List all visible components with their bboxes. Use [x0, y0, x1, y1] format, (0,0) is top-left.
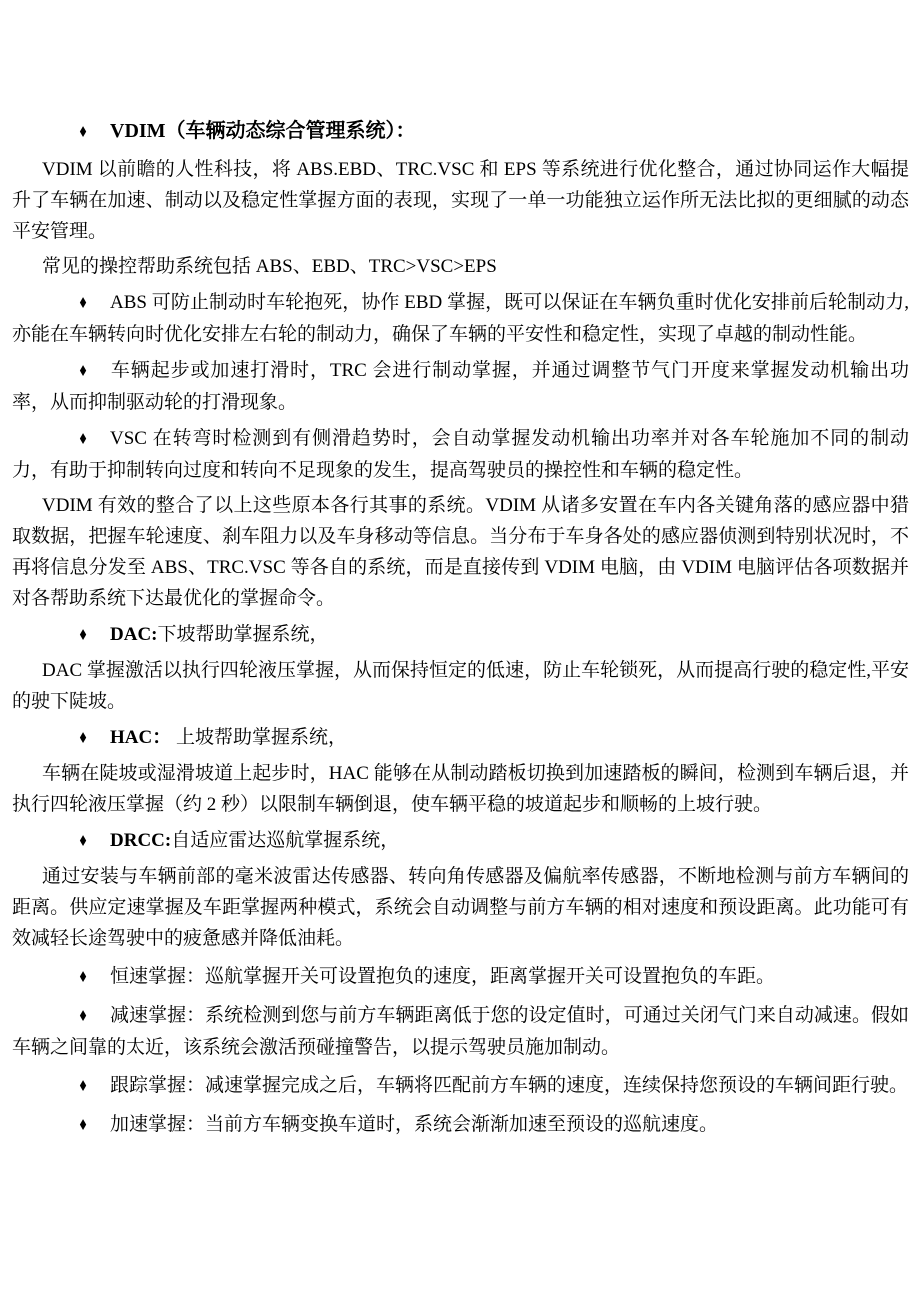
dac-heading-label: DAC: [110, 624, 158, 645]
diamond-bullet-icon: ♦ [78, 723, 86, 754]
paragraph-drcc: 通过安装与车辆前部的毫米波雷达传感器、转向角传感器及偏航率传感器，不断地检测与前… [12, 861, 909, 954]
diamond-bullet-icon: ♦ [78, 826, 86, 857]
paragraph-text: VDIM 以前瞻的人性科技，将 ABS.EBD、TRC.VSC 和 EPS 等系… [12, 159, 909, 242]
diamond-bullet-icon: ♦ [78, 1110, 86, 1141]
bullet-text: 加速掌握：当前方车辆变换车道时，系统会渐渐加速至预设的巡航速度。 [110, 1114, 718, 1135]
drcc-heading-label: DRCC: [110, 830, 171, 851]
bullet-text: 车辆起步或加速打滑时，TRC 会进行制动掌握，并通过调整节气门开度来掌握发动机输… [12, 360, 909, 413]
paragraph-text: 常见的操控帮助系统包括 ABS、EBD、TRC>VSC>EPS [42, 256, 497, 277]
diamond-bullet-icon: ♦ [78, 288, 86, 319]
bullet-text: ABS 可防止制动时车轮抱死，协作 EBD 掌握，既可以保证在车辆负重时优化安排… [12, 292, 909, 345]
bullet-text: 跟踪掌握：减速掌握完成之后，车辆将匹配前方车辆的速度，连续保持您预设的车辆间距行… [110, 1075, 908, 1096]
paragraph-dac: DAC 掌握激活以执行四轮液压掌握，从而保持恒定的低速，防止车轮锁死，从而提高行… [12, 655, 909, 717]
diamond-bullet-icon: ♦ [78, 117, 86, 148]
paragraph-text: 车辆在陡坡或湿滑坡道上起步时，HAC 能够在从制动踏板切换到加速踏板的瞬间，检测… [12, 763, 909, 815]
diamond-bullet-icon: ♦ [78, 962, 86, 993]
vdim-heading-text: VDIM（车辆动态综合管理系统）： [110, 120, 416, 142]
bullet-text: 减速掌握：系统检测到您与前方车辆距离低于您的设定值时，可通过关闭气门来自动减速。… [12, 1005, 909, 1058]
dac-section-heading: ♦DAC:下坡帮助掌握系统， [12, 619, 909, 651]
bullet-item-acceleration: ♦加速掌握：当前方车辆变换车道时，系统会渐渐加速至预设的巡航速度。 [12, 1109, 909, 1141]
diamond-bullet-icon: ♦ [78, 1071, 86, 1102]
diamond-bullet-icon: ♦ [78, 356, 86, 387]
paragraph-vdim-intro: VDIM 以前瞻的人性科技，将 ABS.EBD、TRC.VSC 和 EPS 等系… [12, 154, 909, 247]
bullet-item-abs: ♦ABS 可防止制动时车轮抱死，协作 EBD 掌握，既可以保证在车辆负重时优化安… [12, 287, 909, 350]
bullet-item-vsc: ♦VSC 在转弯时检测到有侧滑趋势时，会自动掌握发动机输出功率并对各车轮施加不同… [12, 423, 909, 486]
dac-heading-text: 下坡帮助掌握系统， [158, 624, 329, 645]
diamond-bullet-icon: ♦ [78, 424, 86, 455]
paragraph-text: VDIM 有效的整合了以上这些原本各行其事的系统。VDIM 从诸多安置在车内各关… [12, 495, 909, 609]
bullet-item-trc: ♦车辆起步或加速打滑时，TRC 会进行制动掌握，并通过调整节气门开度来掌握发动机… [12, 355, 909, 418]
paragraph-text: 通过安装与车辆前部的毫米波雷达传感器、转向角传感器及偏航率传感器，不断地检测与前… [12, 866, 909, 949]
vdim-section-heading: ♦VDIM（车辆动态综合管理系统）： [12, 116, 909, 148]
bullet-text: 恒速掌握：巡航掌握开关可设置抱负的速度，距离掌握开关可设置抱负的车距。 [110, 966, 775, 987]
paragraph-common-systems: 常见的操控帮助系统包括 ABS、EBD、TRC>VSC>EPS [12, 251, 909, 282]
diamond-bullet-icon: ♦ [78, 620, 86, 651]
diamond-bullet-icon: ♦ [78, 1001, 86, 1032]
bullet-item-constant-speed: ♦恒速掌握：巡航掌握开关可设置抱负的速度，距离掌握开关可设置抱负的车距。 [12, 961, 909, 993]
hac-heading-text: 上坡帮助掌握系统， [171, 727, 347, 748]
paragraph-text: DAC 掌握激活以执行四轮液压掌握，从而保持恒定的低速，防止车轮锁死，从而提高行… [12, 660, 909, 712]
hac-heading-label: HAC： [110, 727, 171, 748]
bullet-item-follow: ♦跟踪掌握：减速掌握完成之后，车辆将匹配前方车辆的速度，连续保持您预设的车辆间距… [12, 1070, 909, 1102]
hac-section-heading: ♦HAC： 上坡帮助掌握系统， [12, 722, 909, 754]
paragraph-hac: 车辆在陡坡或湿滑坡道上起步时，HAC 能够在从制动踏板切换到加速踏板的瞬间，检测… [12, 758, 909, 820]
drcc-section-heading: ♦DRCC:自适应雷达巡航掌握系统， [12, 825, 909, 857]
paragraph-vdim-integration: VDIM 有效的整合了以上这些原本各行其事的系统。VDIM 从诸多安置在车内各关… [12, 490, 909, 614]
document-page: ♦VDIM（车辆动态综合管理系统）： VDIM 以前瞻的人性科技，将 ABS.E… [0, 0, 920, 1301]
drcc-heading-text: 自适应雷达巡航掌握系统， [171, 830, 399, 851]
bullet-item-deceleration: ♦减速掌握：系统检测到您与前方车辆距离低于您的设定值时，可通过关闭气门来自动减速… [12, 1000, 909, 1063]
bullet-text: VSC 在转弯时检测到有侧滑趋势时，会自动掌握发动机输出功率并对各车轮施加不同的… [12, 428, 909, 481]
